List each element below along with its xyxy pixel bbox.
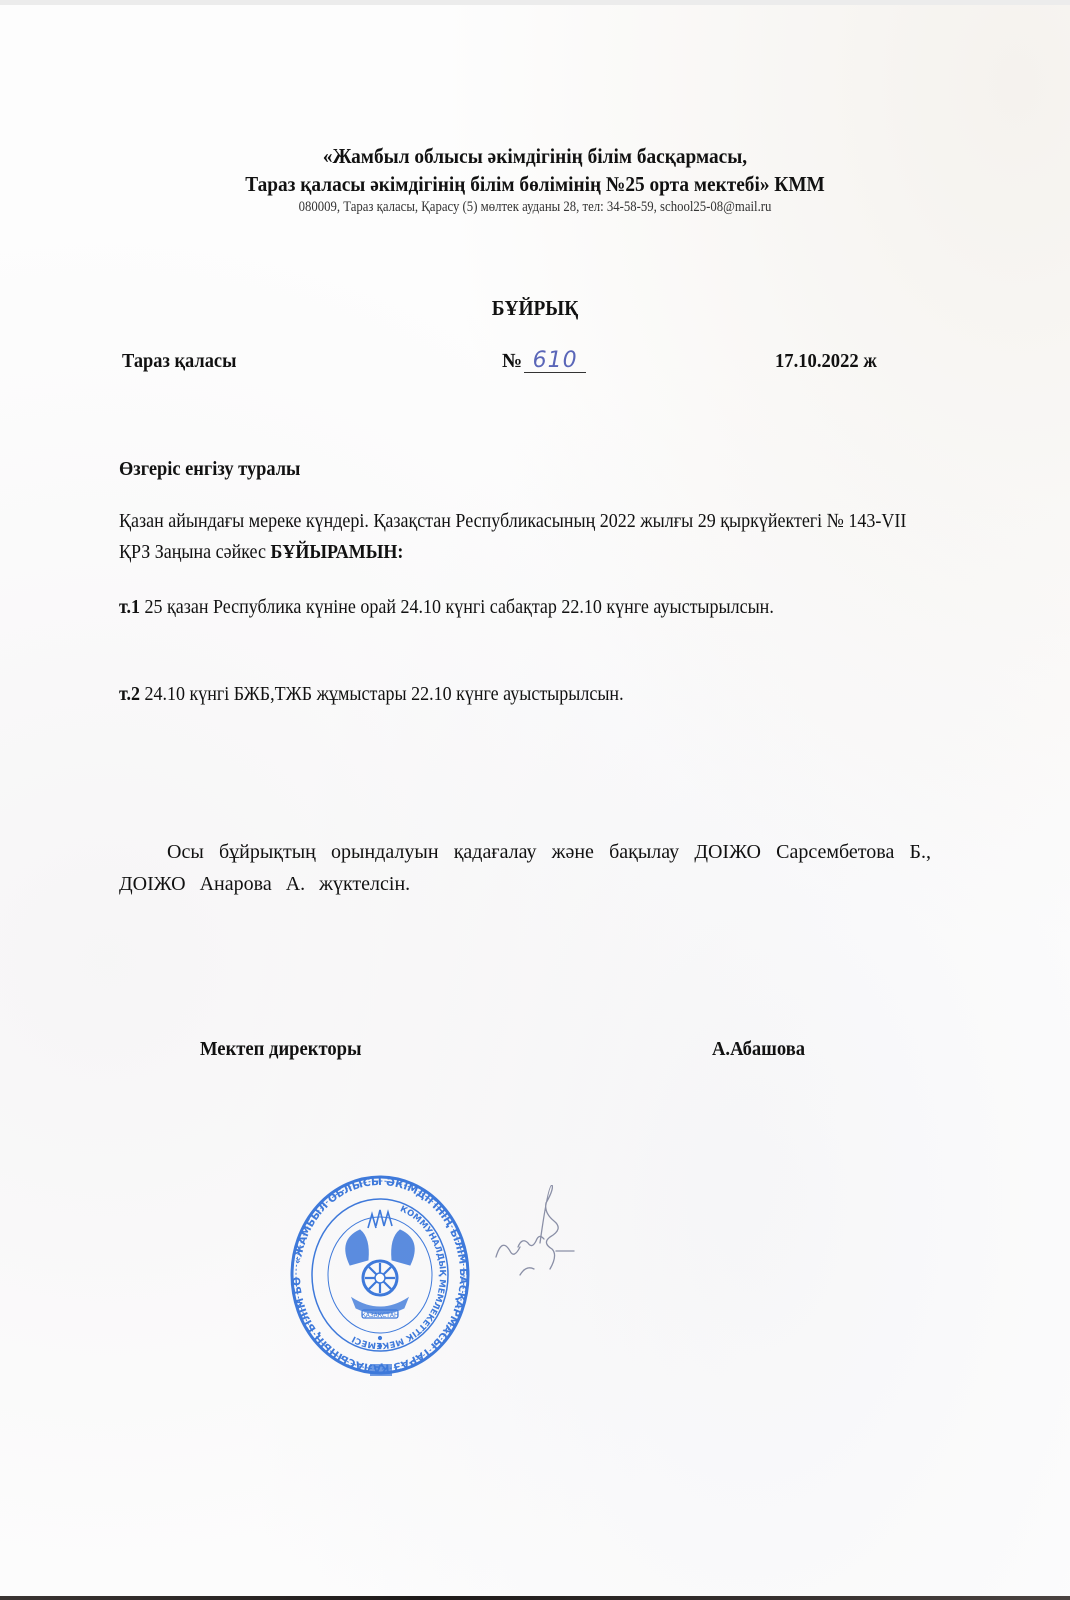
official-round-seal-icon: «ЖАМБЫЛ ОБЛЫСЫ ӘКІМДІГІНІҢ БІЛІМ БАСҚАРМ… — [290, 1170, 470, 1380]
item-text: 24.10 күнгі БЖБ,ТЖБ жұмыстары 22.10 күнг… — [140, 683, 624, 705]
document-subject: Өзгеріс енгізу туралы — [119, 458, 300, 481]
document-meta-row: Тараз қаласы №610 17.10.2022 ж — [0, 350, 1070, 380]
document-city: Тараз қаласы — [122, 350, 236, 373]
order-item-2: т.2 24.10 күнгі БЖБ,ТЖБ жұмыстары 22.10 … — [119, 679, 911, 710]
paper-texture — [0, 5, 1070, 1596]
document-number: №610 — [502, 350, 586, 373]
intro-text: Қазан айындағы мереке күндері. Қазақстан… — [119, 510, 906, 563]
item-label: т.1 — [119, 596, 140, 618]
item-text: 25 қазан Республика күніне орай 24.10 кү… — [140, 596, 774, 618]
org-name-line-2: Тараз қаласы әкімдігінің білім бөлімінің… — [43, 170, 1027, 198]
scan-bottom-edge — [0, 1596, 1070, 1600]
org-name-line-1: «Жамбыл облысы әкімдігінің білім басқарм… — [43, 142, 1027, 170]
number-sign: № — [502, 350, 522, 372]
item-label: т.2 — [119, 683, 140, 705]
control-clause: Осы бұйрықтың орындалуын қадағалау және … — [119, 836, 931, 900]
document-title: БҰЙРЫҚ — [43, 296, 1027, 321]
handwritten-signature — [490, 1185, 600, 1285]
intro-emphasis: БҰЙЫРАМЫН: — [270, 541, 403, 563]
order-item-1: т.1 25 қазан Республика күніне орай 24.1… — [119, 592, 911, 623]
letterhead: «Жамбыл облысы әкімдігінің білім басқарм… — [0, 142, 1070, 216]
scan-top-edge — [0, 0, 1070, 5]
signatory-role: Мектеп директоры — [200, 1038, 362, 1061]
handwritten-order-number: 610 — [524, 350, 586, 373]
signatory-name: А.Абашова — [712, 1038, 805, 1061]
document-date: 17.10.2022 ж — [775, 350, 877, 373]
svg-text:ҚАЗАҚСТАН: ҚАЗАҚСТАН — [361, 1312, 398, 1319]
org-address: 080009, Тараз қаласы, Қарасу (5) мөлтек … — [64, 198, 1006, 216]
intro-paragraph: Қазан айындағы мереке күндері. Қазақстан… — [119, 506, 911, 568]
